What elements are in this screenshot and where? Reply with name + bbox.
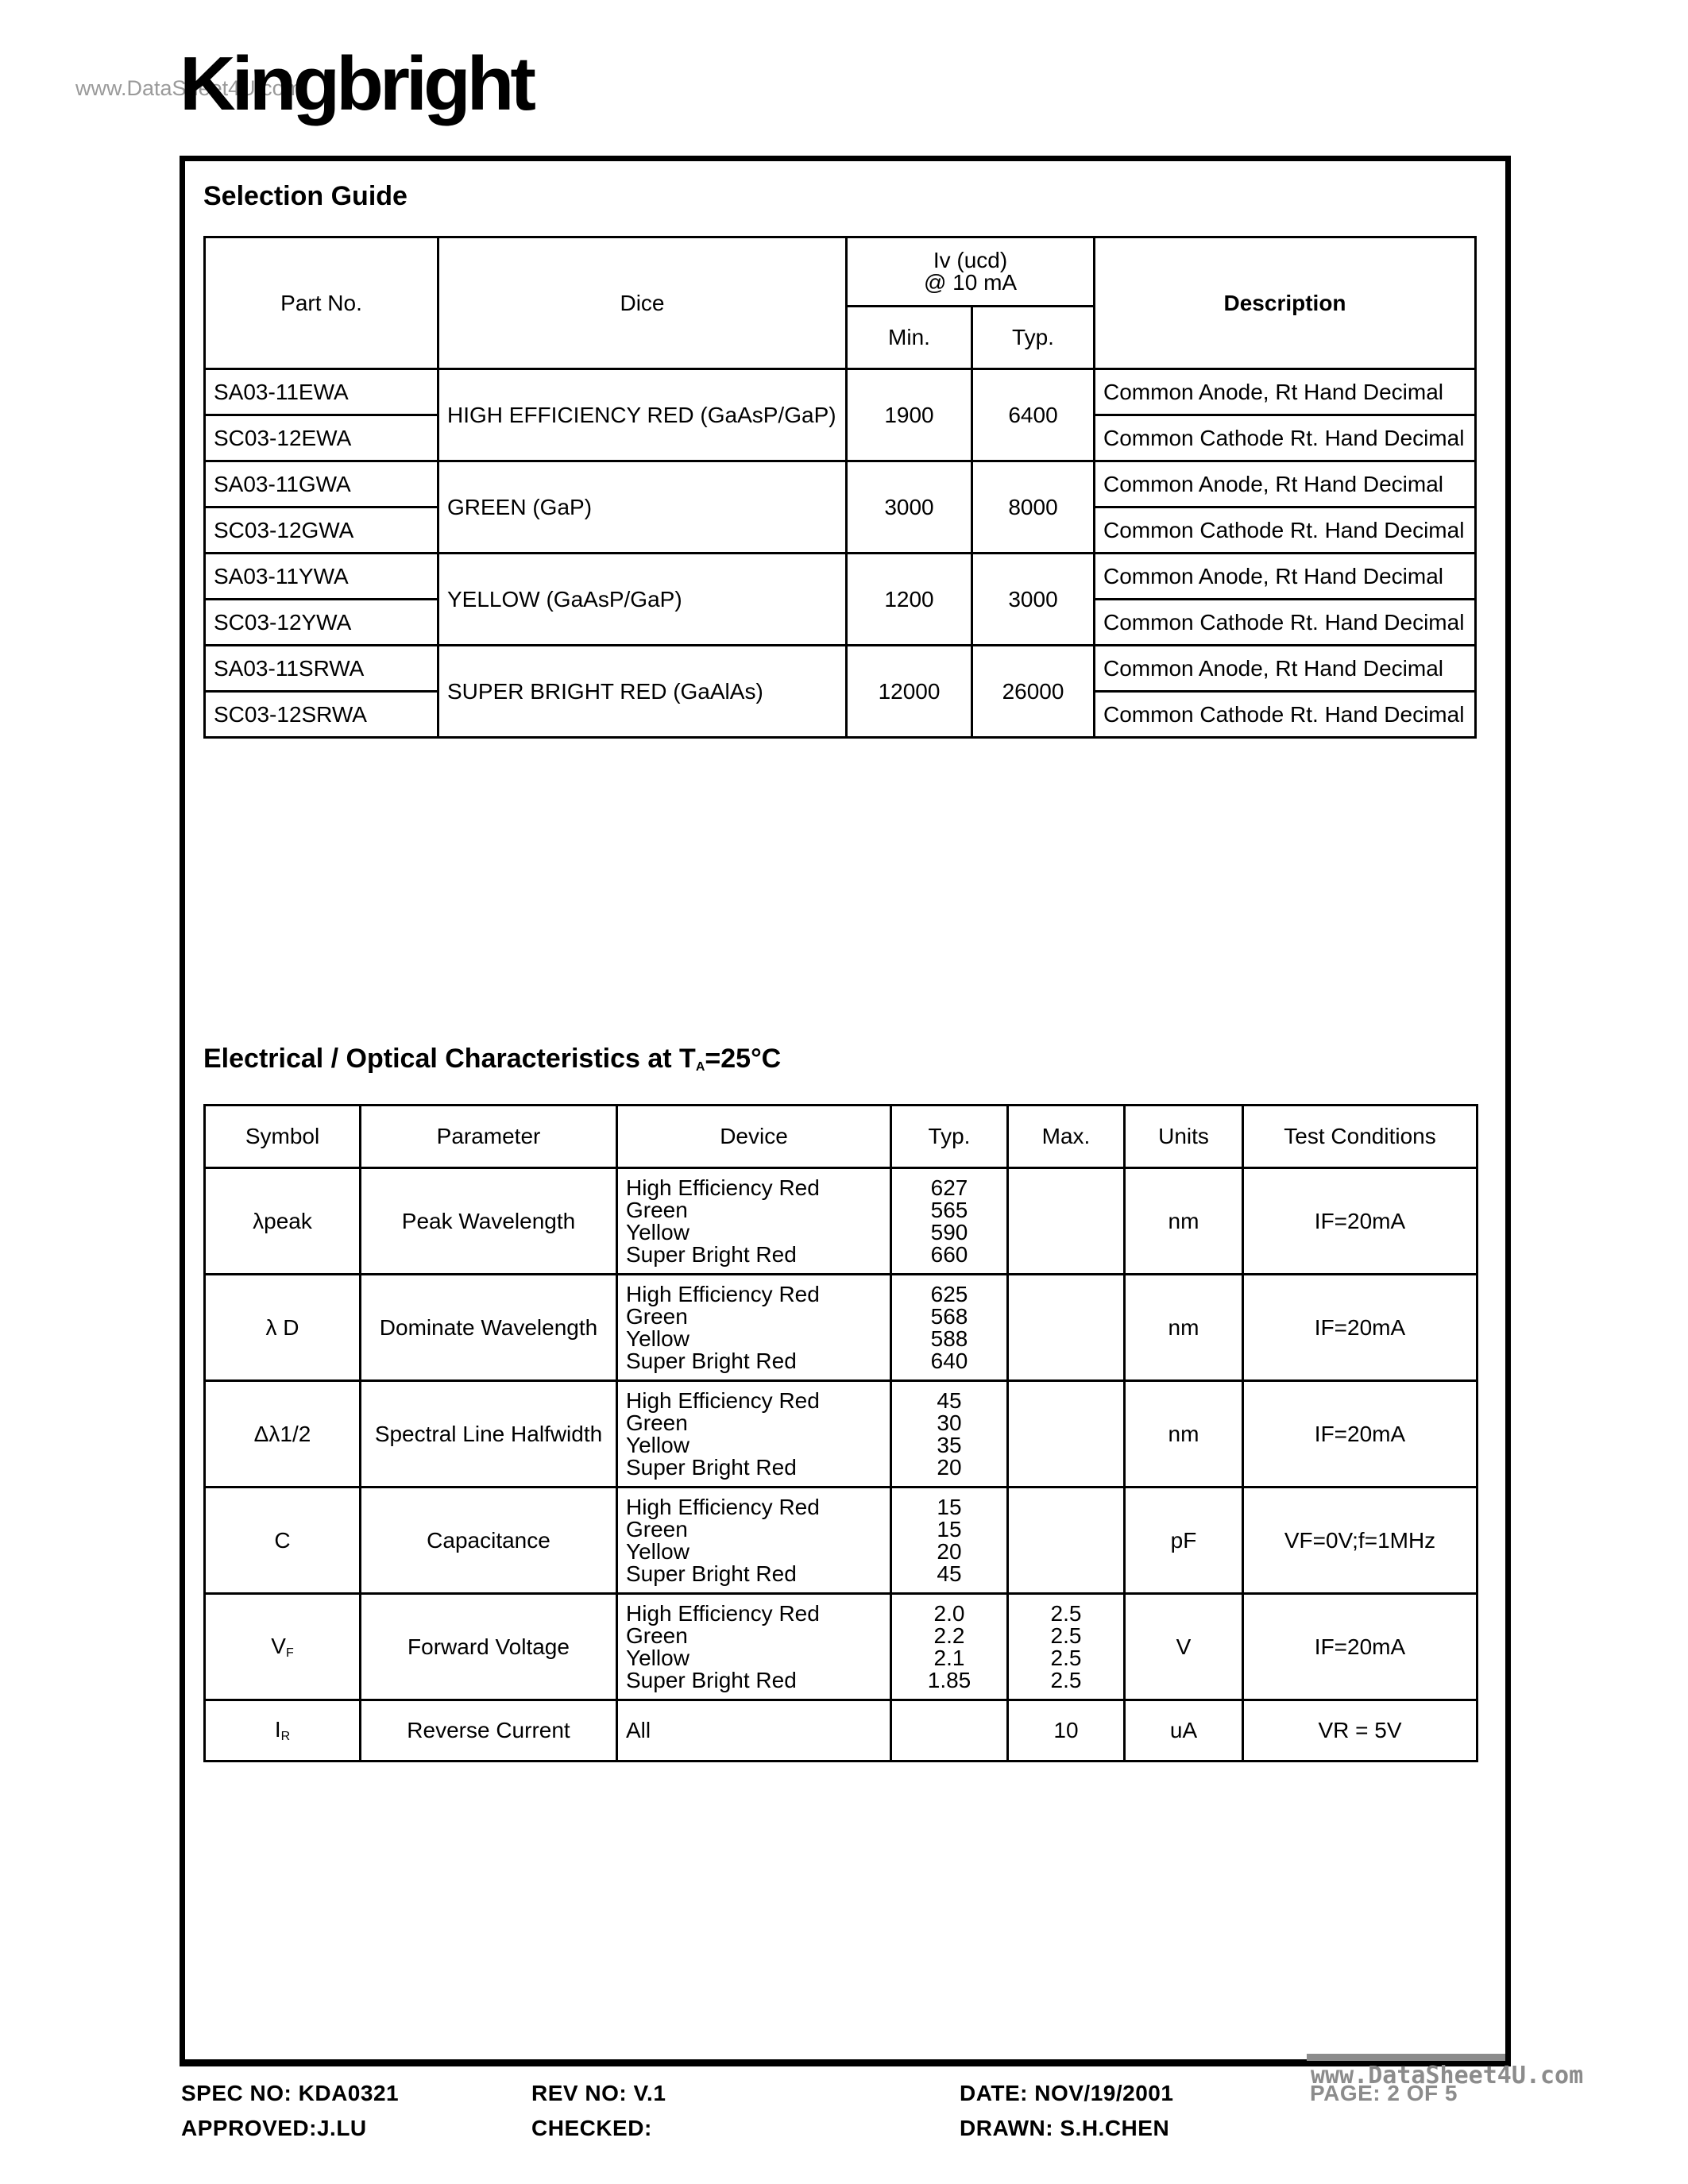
conditions-cell: IF=20mA (1243, 1594, 1477, 1700)
units-cell: pF (1125, 1488, 1243, 1594)
parameter-cell: Forward Voltage (361, 1594, 617, 1700)
max-cell: 10 (1008, 1700, 1125, 1761)
dice-cell: SUPER BRIGHT RED (GaAlAs) (438, 646, 847, 738)
parameter-cell: Capacitance (361, 1488, 617, 1594)
device-cell: High Efficiency RedGreenYellowSuper Brig… (617, 1168, 891, 1275)
table-row: SA03-11SRWASUPER BRIGHT RED (GaAlAs)1200… (205, 646, 1476, 692)
part-no-cell: SC03-12YWA (205, 600, 438, 646)
device-name: High Efficiency Red (626, 1603, 890, 1625)
typ-value: 20 (892, 1541, 1006, 1563)
part-no-cell: SC03-12GWA (205, 507, 438, 554)
parameter-cell: Peak Wavelength (361, 1168, 617, 1275)
header-parameter: Parameter (361, 1106, 617, 1168)
device-name: Super Bright Red (626, 1244, 890, 1266)
selection-guide-table: Part No. Dice Iv (ucd) @ 10 mA Descripti… (203, 236, 1477, 739)
footer-checked: CHECKED: (531, 2116, 652, 2141)
max-value: 2.5 (1009, 1669, 1123, 1692)
units-cell: nm (1125, 1381, 1243, 1488)
max-value: 2.5 (1009, 1603, 1123, 1625)
device-name: Super Bright Red (626, 1669, 890, 1692)
device-name: Yellow (626, 1434, 890, 1457)
characteristics-table: SymbolParameterDeviceTyp.Max.UnitsTest C… (203, 1104, 1478, 1762)
symbol-cell: C (205, 1488, 361, 1594)
description-cell: Common Anode, Rt Hand Decimal (1095, 554, 1476, 600)
device-name: Green (626, 1625, 890, 1647)
device-name: All (626, 1719, 890, 1742)
header-units: Units (1125, 1106, 1243, 1168)
max-cell (1008, 1381, 1125, 1488)
header-iv-line2: @ 10 mA (848, 272, 1093, 294)
parameter-cell: Dominate Wavelength (361, 1275, 617, 1381)
dice-cell: YELLOW (GaAsP/GaP) (438, 554, 847, 646)
device-name: High Efficiency Red (626, 1283, 890, 1306)
max-value: 2.5 (1009, 1625, 1123, 1647)
device-name: Yellow (626, 1541, 890, 1563)
header-description: Description (1095, 237, 1476, 369)
footer-approved: APPROVED:J.LU (181, 2116, 367, 2141)
table-row: VFForward VoltageHigh Efficiency RedGree… (205, 1594, 1477, 1700)
table-row: IRReverse CurrentAll10uAVR = 5V (205, 1700, 1477, 1761)
header-typ: Typ. (891, 1106, 1008, 1168)
device-name: Green (626, 1199, 890, 1221)
iv-typ-cell: 6400 (972, 369, 1095, 461)
description-cell: Common Cathode Rt. Hand Decimal (1095, 415, 1476, 461)
device-name: High Efficiency Red (626, 1390, 890, 1412)
iv-typ-cell: 26000 (972, 646, 1095, 738)
typ-value: 2.2 (892, 1625, 1006, 1647)
table-row: λpeakPeak WavelengthHigh Efficiency RedG… (205, 1168, 1477, 1275)
header-dice: Dice (438, 237, 847, 369)
watermark-bottom: www.DataSheet4U.com (1311, 2062, 1583, 2089)
device-name: Green (626, 1306, 890, 1328)
dice-cell: GREEN (GaP) (438, 461, 847, 554)
footer-rev-no: REV NO: V.1 (531, 2081, 666, 2106)
conditions-cell: IF=20mA (1243, 1275, 1477, 1381)
device-cell: High Efficiency RedGreenYellowSuper Brig… (617, 1488, 891, 1594)
typ-cell (891, 1700, 1008, 1761)
units-cell: uA (1125, 1700, 1243, 1761)
header-max: Max. (1008, 1106, 1125, 1168)
typ-value: 1.85 (892, 1669, 1006, 1692)
header-iv-line1: Iv (ucd) (848, 249, 1093, 272)
conditions-cell: IF=20mA (1243, 1168, 1477, 1275)
typ-value: 45 (892, 1563, 1006, 1585)
max-cell (1008, 1488, 1125, 1594)
part-no-cell: SC03-12EWA (205, 415, 438, 461)
parameter-cell: Spectral Line Halfwidth (361, 1381, 617, 1488)
typ-value: 660 (892, 1244, 1006, 1266)
typ-cell: 625568588640 (891, 1275, 1008, 1381)
typ-value: 590 (892, 1221, 1006, 1244)
units-cell: nm (1125, 1275, 1243, 1381)
table-row: SA03-11GWAGREEN (GaP)30008000Common Anod… (205, 461, 1476, 507)
typ-value: 15 (892, 1496, 1006, 1518)
typ-cell: 627565590660 (891, 1168, 1008, 1275)
table-row: SA03-11YWAYELLOW (GaAsP/GaP)12003000Comm… (205, 554, 1476, 600)
description-cell: Common Anode, Rt Hand Decimal (1095, 646, 1476, 692)
footer-spec-no: SPEC NO: KDA0321 (181, 2081, 399, 2106)
description-cell: Common Cathode Rt. Hand Decimal (1095, 600, 1476, 646)
device-name: Green (626, 1518, 890, 1541)
kingbright-logo: Kingbright (180, 46, 532, 122)
header-device: Device (617, 1106, 891, 1168)
symbol-cell: VF (205, 1594, 361, 1700)
table-row: λ DDominate WavelengthHigh Efficiency Re… (205, 1275, 1477, 1381)
header-test-conditions: Test Conditions (1243, 1106, 1477, 1168)
typ-value: 35 (892, 1434, 1006, 1457)
typ-value: 2.0 (892, 1603, 1006, 1625)
iv-min-cell: 1900 (847, 369, 972, 461)
units-cell: V (1125, 1594, 1243, 1700)
header-symbol: Symbol (205, 1106, 361, 1168)
max-value: 10 (1009, 1719, 1123, 1742)
max-cell (1008, 1168, 1125, 1275)
part-no-cell: SA03-11GWA (205, 461, 438, 507)
device-cell: All (617, 1700, 891, 1761)
iv-min-cell: 1200 (847, 554, 972, 646)
symbol-cell: λ D (205, 1275, 361, 1381)
typ-value: 20 (892, 1457, 1006, 1479)
device-cell: High Efficiency RedGreenYellowSuper Brig… (617, 1594, 891, 1700)
typ-value: 15 (892, 1518, 1006, 1541)
device-name: High Efficiency Red (626, 1177, 890, 1199)
part-no-cell: SA03-11YWA (205, 554, 438, 600)
iv-min-cell: 12000 (847, 646, 972, 738)
typ-value: 627 (892, 1177, 1006, 1199)
table-row: SA03-11EWAHIGH EFFICIENCY RED (GaAsP/GaP… (205, 369, 1476, 415)
device-name: Yellow (626, 1221, 890, 1244)
description-cell: Common Cathode Rt. Hand Decimal (1095, 507, 1476, 554)
max-value: 2.5 (1009, 1647, 1123, 1669)
device-name: Green (626, 1412, 890, 1434)
max-cell (1008, 1275, 1125, 1381)
typ-value: 45 (892, 1390, 1006, 1412)
device-cell: High Efficiency RedGreenYellowSuper Brig… (617, 1275, 891, 1381)
typ-value: 565 (892, 1199, 1006, 1221)
device-name: Super Bright Red (626, 1457, 890, 1479)
typ-value: 568 (892, 1306, 1006, 1328)
device-name: Yellow (626, 1647, 890, 1669)
conditions-cell: VF=0V;f=1MHz (1243, 1488, 1477, 1594)
typ-value: 640 (892, 1350, 1006, 1372)
symbol-cell: IR (205, 1700, 361, 1761)
device-name: Super Bright Red (626, 1563, 890, 1585)
characteristics-title: Electrical / Optical Characteristics at … (203, 1044, 781, 1075)
header-iv: Iv (ucd) @ 10 mA (847, 237, 1095, 307)
footer-date: DATE: NOV/19/2001 (960, 2081, 1173, 2106)
header-part-no: Part No. (205, 237, 438, 369)
typ-cell: 2.02.22.11.85 (891, 1594, 1008, 1700)
footer-drawn: DRAWN: S.H.CHEN (960, 2116, 1169, 2141)
conditions-cell: IF=20mA (1243, 1381, 1477, 1488)
symbol-cell: λpeak (205, 1168, 361, 1275)
typ-cell: 45303520 (891, 1381, 1008, 1488)
units-cell: nm (1125, 1168, 1243, 1275)
iv-typ-cell: 3000 (972, 554, 1095, 646)
header-typ: Typ. (972, 307, 1095, 369)
device-name: Super Bright Red (626, 1350, 890, 1372)
symbol-cell: Δλ1/2 (205, 1381, 361, 1488)
part-no-cell: SC03-12SRWA (205, 692, 438, 738)
part-no-cell: SA03-11EWA (205, 369, 438, 415)
description-cell: Common Anode, Rt Hand Decimal (1095, 369, 1476, 415)
description-cell: Common Cathode Rt. Hand Decimal (1095, 692, 1476, 738)
device-name: Yellow (626, 1328, 890, 1350)
iv-min-cell: 3000 (847, 461, 972, 554)
parameter-cell: Reverse Current (361, 1700, 617, 1761)
description-cell: Common Anode, Rt Hand Decimal (1095, 461, 1476, 507)
typ-value: 30 (892, 1412, 1006, 1434)
typ-value: 625 (892, 1283, 1006, 1306)
iv-typ-cell: 8000 (972, 461, 1095, 554)
device-cell: High Efficiency RedGreenYellowSuper Brig… (617, 1381, 891, 1488)
max-cell: 2.52.52.52.5 (1008, 1594, 1125, 1700)
conditions-cell: VR = 5V (1243, 1700, 1477, 1761)
table-row: Δλ1/2Spectral Line HalfwidthHigh Efficie… (205, 1381, 1477, 1488)
table-row: CCapacitanceHigh Efficiency RedGreenYell… (205, 1488, 1477, 1594)
part-no-cell: SA03-11SRWA (205, 646, 438, 692)
dice-cell: HIGH EFFICIENCY RED (GaAsP/GaP) (438, 369, 847, 461)
device-name: High Efficiency Red (626, 1496, 890, 1518)
selection-guide-title: Selection Guide (203, 181, 408, 212)
typ-cell: 15152045 (891, 1488, 1008, 1594)
header-min: Min. (847, 307, 972, 369)
typ-value: 2.1 (892, 1647, 1006, 1669)
frame-shadow (1307, 2054, 1505, 2061)
typ-value: 588 (892, 1328, 1006, 1350)
